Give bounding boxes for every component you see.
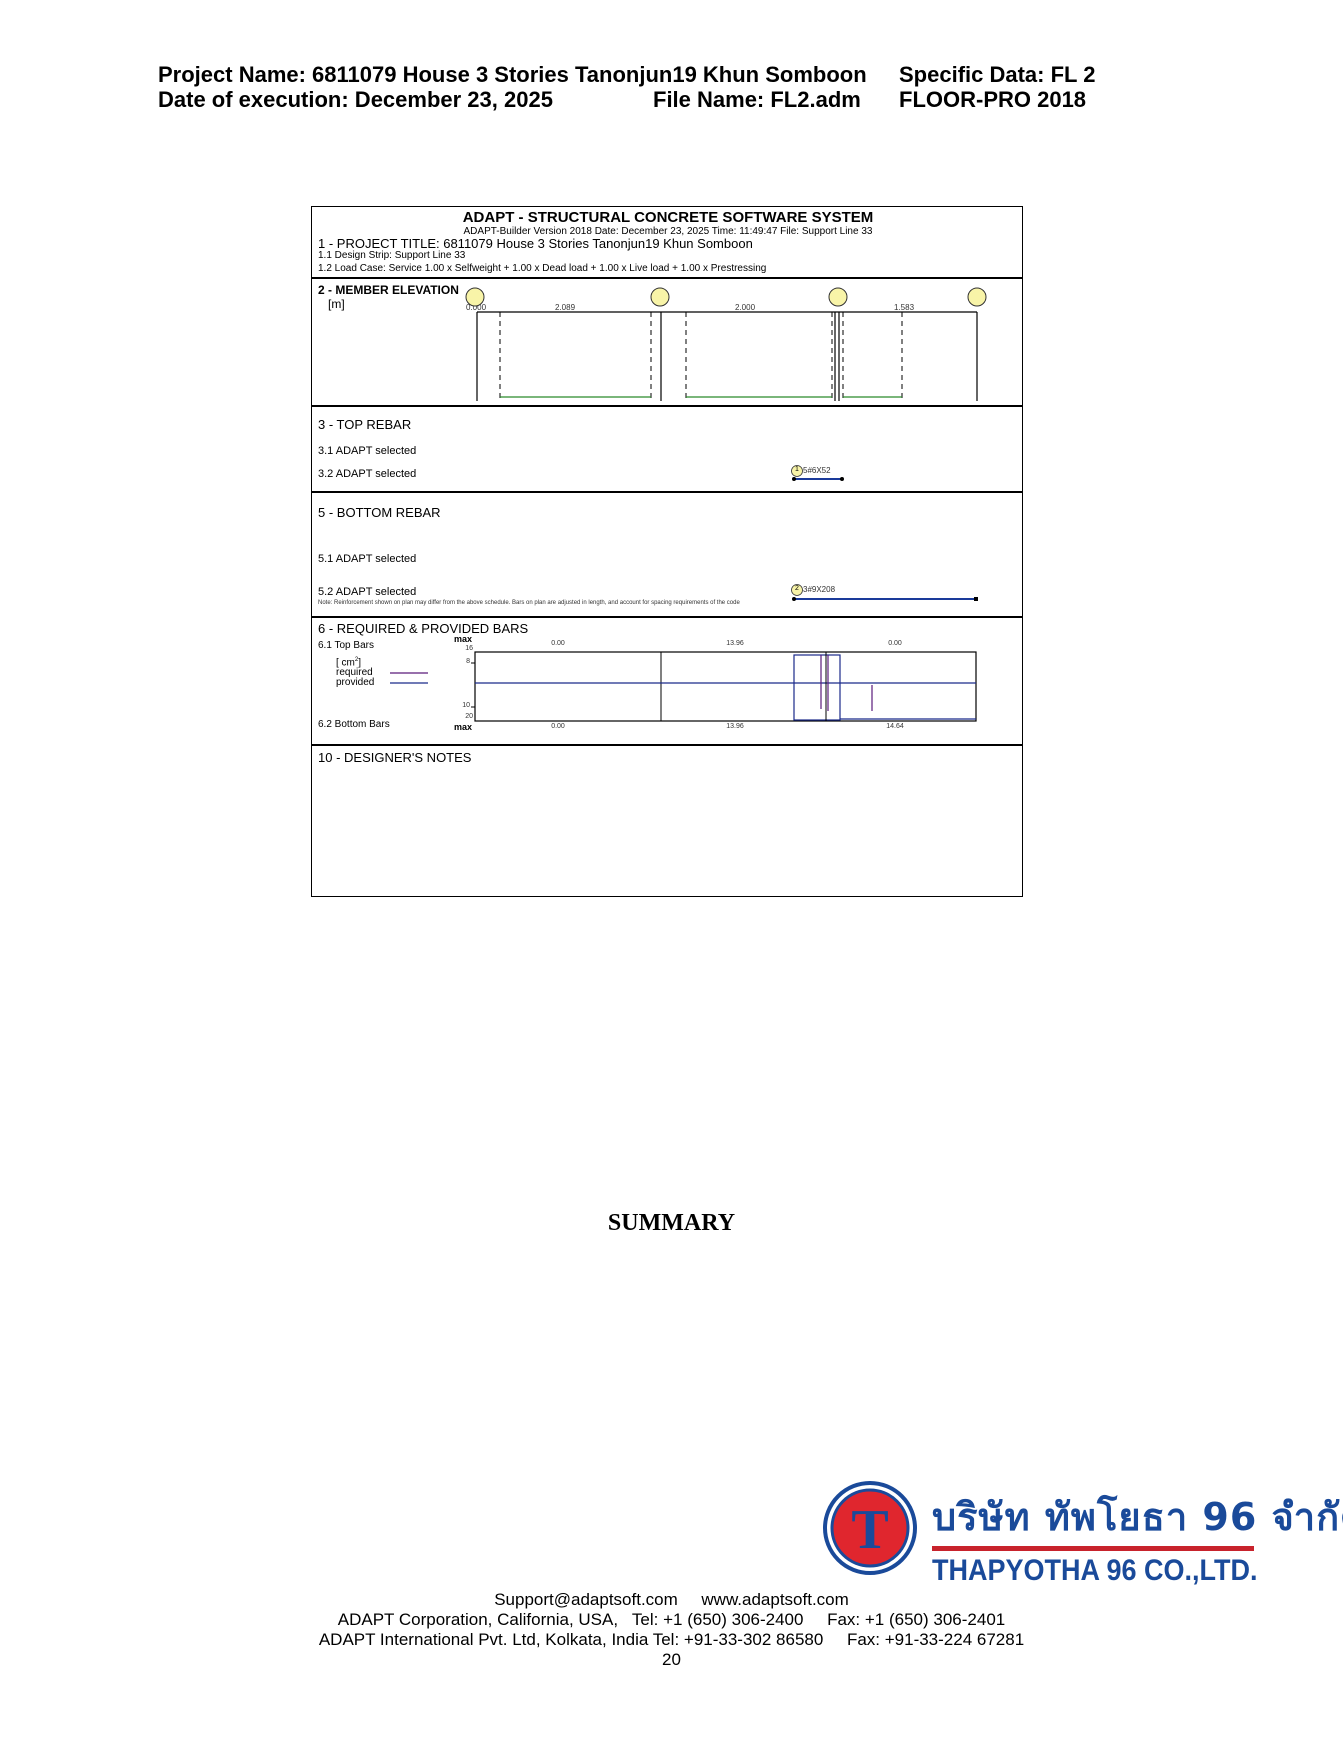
software-name: FLOOR-PRO 2018 (899, 88, 1086, 112)
bottom-axis-tick: 20 (465, 713, 473, 720)
project-name: Project Name: 6811079 House 3 Stories Ta… (158, 63, 867, 87)
logo-divider (932, 1546, 1254, 1551)
date-of-execution: Date of execution: December 23, 2025 (158, 88, 553, 112)
top-max-value: 0.00 (888, 640, 902, 647)
section-divider (312, 744, 1022, 746)
logo-emblem-icon: T (822, 1478, 932, 1588)
bottom-max-value: 14.64 (886, 723, 904, 730)
page-footer: Support@adaptsoft.com www.adaptsoft.com … (0, 1590, 1343, 1670)
file-name: File Name: FL2.adm (653, 88, 861, 112)
bottom-axis-tick: 10 (462, 702, 470, 709)
footer-india: ADAPT International Pvt. Ltd, Kolkata, I… (0, 1630, 1343, 1650)
footer-usa: ADAPT Corporation, California, USA, Tel:… (0, 1610, 1343, 1630)
logo-thai-name: บริษัท ทัพโยธา 96 จำกัด (932, 1486, 1343, 1547)
company-logo: T บริษัท ทัพโยธา 96 จำกัด THAPYOTHA 96 C… (822, 1478, 1262, 1588)
report-frame: ADAPT - STRUCTURAL CONCRETE SOFTWARE SYS… (311, 206, 1023, 897)
svg-text:T: T (851, 1499, 888, 1561)
specific-data: Specific Data: FL 2 (899, 63, 1095, 87)
top-max-value: 13.96 (726, 640, 744, 647)
logo-english-name: THAPYOTHA 96 CO.,LTD. (932, 1554, 1258, 1588)
bottom-max-value: 13.96 (726, 723, 744, 730)
page-number: 20 (0, 1650, 1343, 1670)
designer-notes-title: 10 - DESIGNER'S NOTES (318, 750, 471, 765)
summary-heading: SUMMARY (0, 1210, 1343, 1237)
required-provided-chart (312, 207, 1024, 898)
top-axis-tick: 16 (465, 645, 473, 652)
top-max-value: 0.00 (551, 640, 565, 647)
footer-contact: Support@adaptsoft.com www.adaptsoft.com (0, 1590, 1343, 1610)
bottom-max-value: 0.00 (551, 723, 565, 730)
top-axis-tick: 8 (466, 658, 470, 665)
